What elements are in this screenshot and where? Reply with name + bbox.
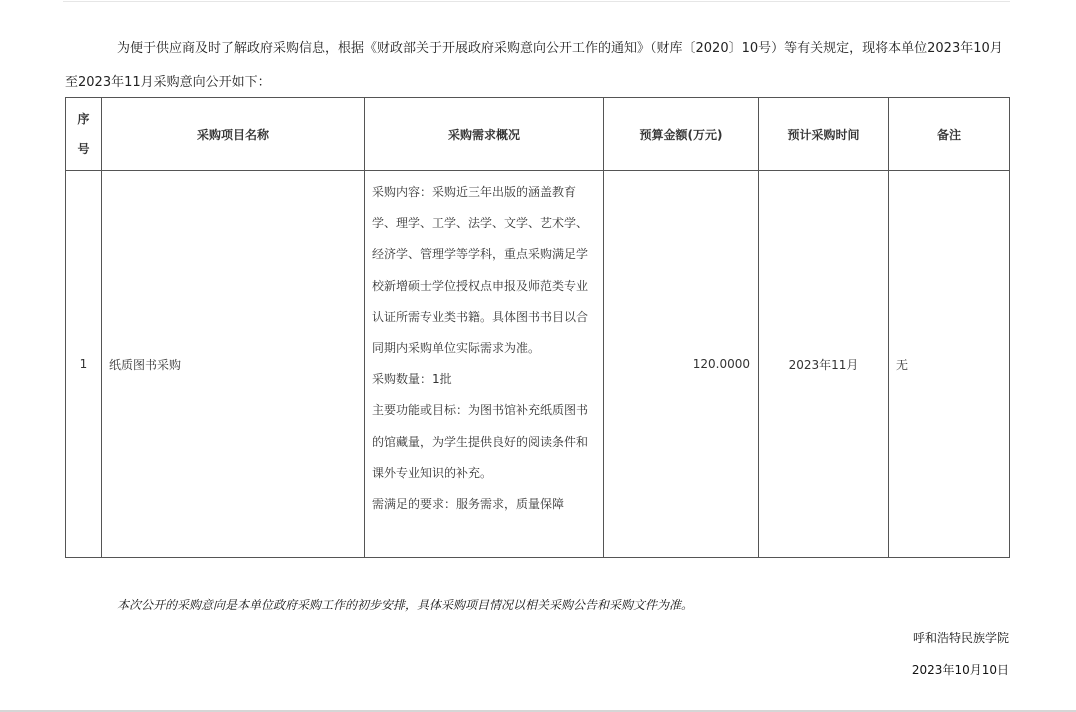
table-header-row: 序 号 采购项目名称 采购需求概况 预算金额(万元) 预计采购时间 备注 <box>66 98 1010 171</box>
cell-seq: 1 <box>66 171 102 558</box>
header-requirement-summary: 采购需求概况 <box>365 98 604 171</box>
header-seq-line1: 序 <box>66 104 101 134</box>
cell-project-name: 纸质图书采购 <box>102 171 365 558</box>
header-note: 备注 <box>889 98 1010 171</box>
cell-note: 无 <box>889 171 1010 558</box>
procurement-table: 序 号 采购项目名称 采购需求概况 预算金额(万元) 预计采购时间 备注 1 纸… <box>65 97 1010 558</box>
cell-expected-time: 2023年11月 <box>759 171 889 558</box>
intro-paragraph: 为便于供应商及时了解政府采购信息，根据《财政部关于开展政府采购意向公开工作的通知… <box>65 32 1011 100</box>
desc-quantity: 采购数量：1批 <box>372 364 596 395</box>
header-project-name: 采购项目名称 <box>102 98 365 171</box>
desc-goal: 主要功能或目标：为图书馆补充纸质图书的馆藏量，为学生提供良好的阅读条件和课外专业… <box>372 395 596 489</box>
table-row: 1 纸质图书采购 采购内容：采购近三年出版的涵盖教育学、理学、工学、法学、文学、… <box>66 171 1010 558</box>
signature-date: 2023年10月10日 <box>912 661 1009 678</box>
top-divider <box>63 1 1010 2</box>
header-seq: 序 号 <box>66 98 102 171</box>
header-seq-line2: 号 <box>66 134 101 164</box>
desc-content: 采购内容：采购近三年出版的涵盖教育学、理学、工学、法学、文学、艺术学、经济学、管… <box>372 177 596 364</box>
footnote: 本次公开的采购意向是本单位政府采购工作的初步安排，具体采购项目情况以相关采购公告… <box>117 596 693 613</box>
cell-budget: 120.0000 <box>604 171 759 558</box>
desc-requirements: 需满足的要求：服务需求，质量保障 <box>372 489 596 520</box>
header-budget: 预算金额(万元) <box>604 98 759 171</box>
cell-requirement-summary: 采购内容：采购近三年出版的涵盖教育学、理学、工学、法学、文学、艺术学、经济学、管… <box>365 171 604 558</box>
header-expected-time: 预计采购时间 <box>759 98 889 171</box>
signature-org: 呼和浩特民族学院 <box>913 629 1009 646</box>
